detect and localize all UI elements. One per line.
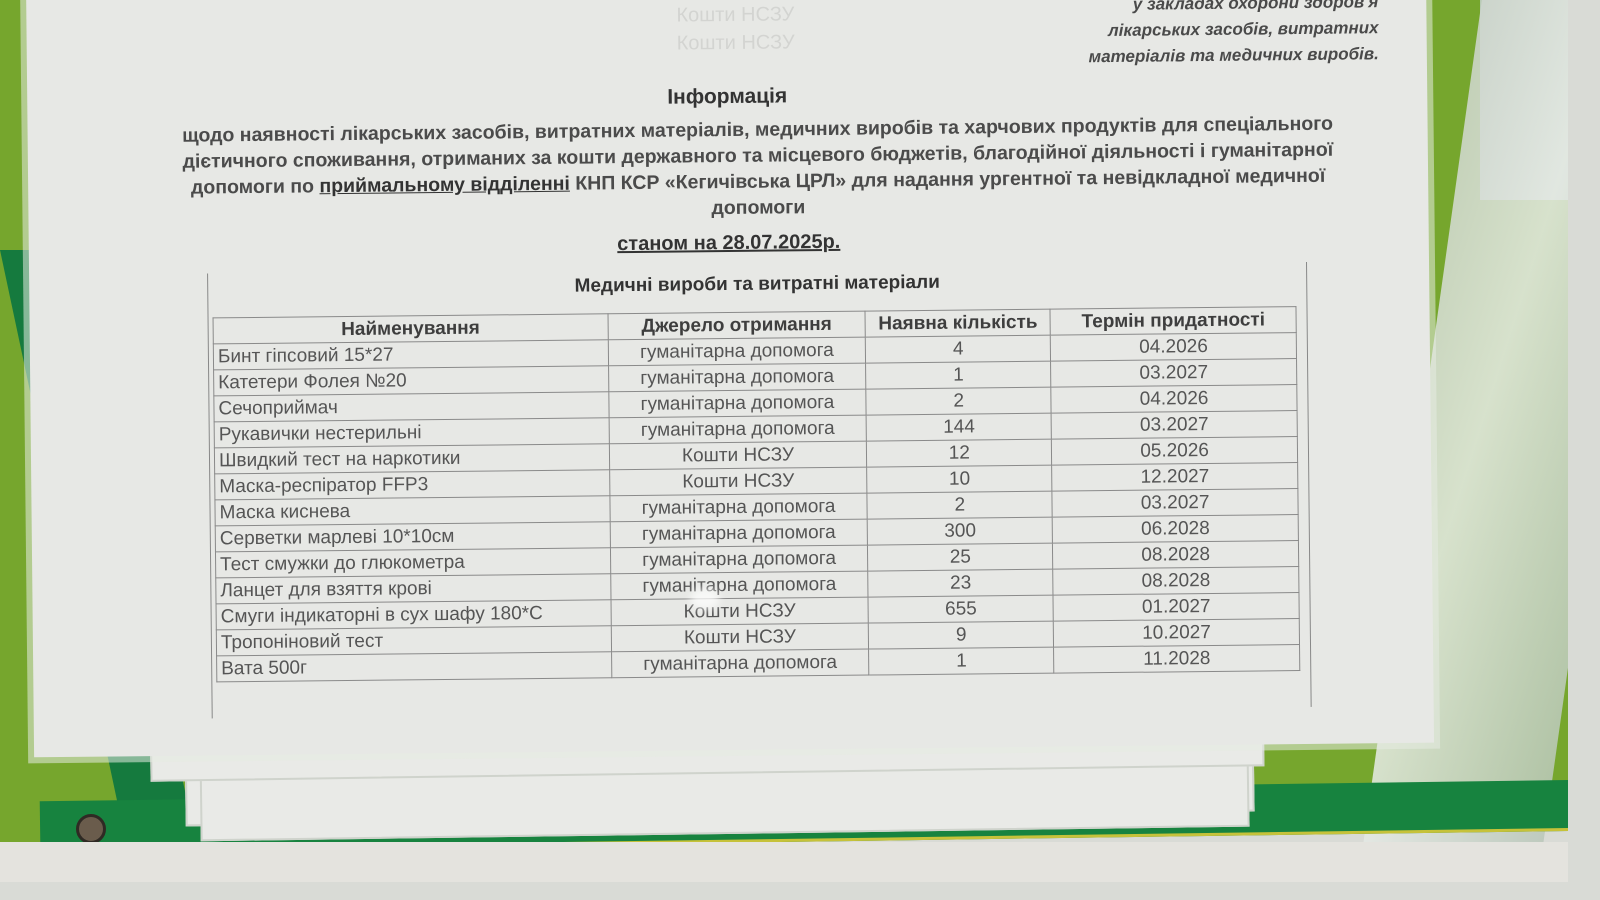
cell-expiry: 06.2028 [1052,515,1298,544]
cell-expiry: 08.2028 [1053,567,1299,596]
cell-quantity: 9 [869,621,1054,649]
bleed-through-text: Кошти НСЗУ [677,31,795,55]
cell-expiry: 11.2028 [1054,645,1300,674]
cell-name: Швидкий тест на наркотики [214,444,609,474]
department-name: приймальному відділенні [319,173,570,198]
cell-name: Смуги індикаторні в сух шафу 180*С [216,600,611,630]
cell-source: Кошти НСЗУ [609,441,867,470]
cell-name: Катетери Фолея №20 [214,366,609,396]
cell-quantity: 10 [867,465,1052,493]
cell-name: Бинт гіпсовий 15*27 [213,340,608,370]
cell-quantity: 144 [866,413,1051,441]
intro-text-end: КНП КСР «Кегичівська ЦРЛ» для надання ур… [570,165,1326,219]
cell-source: Кошти НСЗУ [611,623,869,652]
cell-quantity: 1 [869,647,1054,675]
cell-quantity: 1 [866,361,1051,389]
inventory-table: Найменування Джерело отримання Наявна кі… [213,306,1301,682]
cell-name: Маска киснева [215,496,610,526]
cell-expiry: 03.2027 [1051,411,1297,440]
column-header-source: Джерело отримання [608,311,866,340]
cell-expiry: 12.2027 [1052,463,1298,492]
cell-expiry: 03.2027 [1052,489,1298,518]
cell-expiry: 03.2027 [1051,359,1297,388]
cell-source: гуманітарна допомога [609,415,867,444]
cell-quantity: 655 [868,595,1053,623]
light-glare [690,588,720,610]
cell-source: Кошти НСЗУ [609,467,867,496]
cell-quantity: 4 [866,335,1051,363]
cell-quantity: 2 [867,491,1052,519]
cell-source: гуманітарна допомога [610,493,868,522]
as-of-date: станом на 28.07.2025р. [29,225,1429,263]
cell-source: гуманітарна допомога [608,337,866,366]
cell-quantity: 12 [867,439,1052,467]
cell-source: гуманітарна допомога [608,363,866,392]
cell-source: гуманітарна допомога [610,545,868,574]
cell-name: Рукавички нестерильні [214,418,609,448]
cell-name: Сечоприймач [214,392,609,422]
bleed-through-text: Кошти НСЗУ [676,3,794,27]
cell-source: гуманітарна допомога [611,649,869,678]
note-line: матеріалів та медичних виробів. [1019,41,1379,71]
column-header-quantity: Наявна кількість [865,309,1050,337]
cell-name: Тропоніновий тест [216,626,611,656]
cell-quantity: 300 [868,517,1053,545]
information-sheet: Кошти НСЗУ Кошти НСЗУ до інформації щодо… [26,0,1434,757]
wall [0,842,1568,882]
cell-source: гуманітарна допомога [610,571,868,600]
cell-expiry: 04.2026 [1051,333,1297,362]
cell-name: Вата 500г [217,652,612,682]
cell-source: гуманітарна допомога [610,519,868,548]
cell-name: Маска-респіратор FFP3 [215,470,610,500]
cell-expiry: 05.2026 [1052,437,1298,466]
cell-expiry: 01.2027 [1053,593,1299,622]
attachment-note: до інформації щодо наявних у закладах ох… [1018,0,1379,71]
column-header-name: Найменування [213,314,608,344]
inventory-table-box: Медичні вироби та витратні матеріали Най… [207,262,1312,718]
cell-quantity: 23 [868,569,1053,597]
note-line: лікарських засобів, витратних [1018,15,1378,45]
cell-expiry: 04.2026 [1051,385,1297,414]
cell-quantity: 2 [866,387,1051,415]
cell-source: гуманітарна допомога [608,389,866,418]
cell-name: Серветки марлеві 10*10см [215,522,610,552]
grommet-icon [76,814,106,844]
cell-quantity: 25 [868,543,1053,571]
cell-source: Кошти НСЗУ [611,597,869,626]
column-header-expiry: Термін придатності [1050,307,1296,336]
cell-expiry: 08.2028 [1053,541,1299,570]
cell-expiry: 10.2027 [1054,619,1300,648]
document-title: Інформація [27,78,1427,117]
document-intro: щодо наявності лікарських засобів, витра… [147,110,1368,227]
